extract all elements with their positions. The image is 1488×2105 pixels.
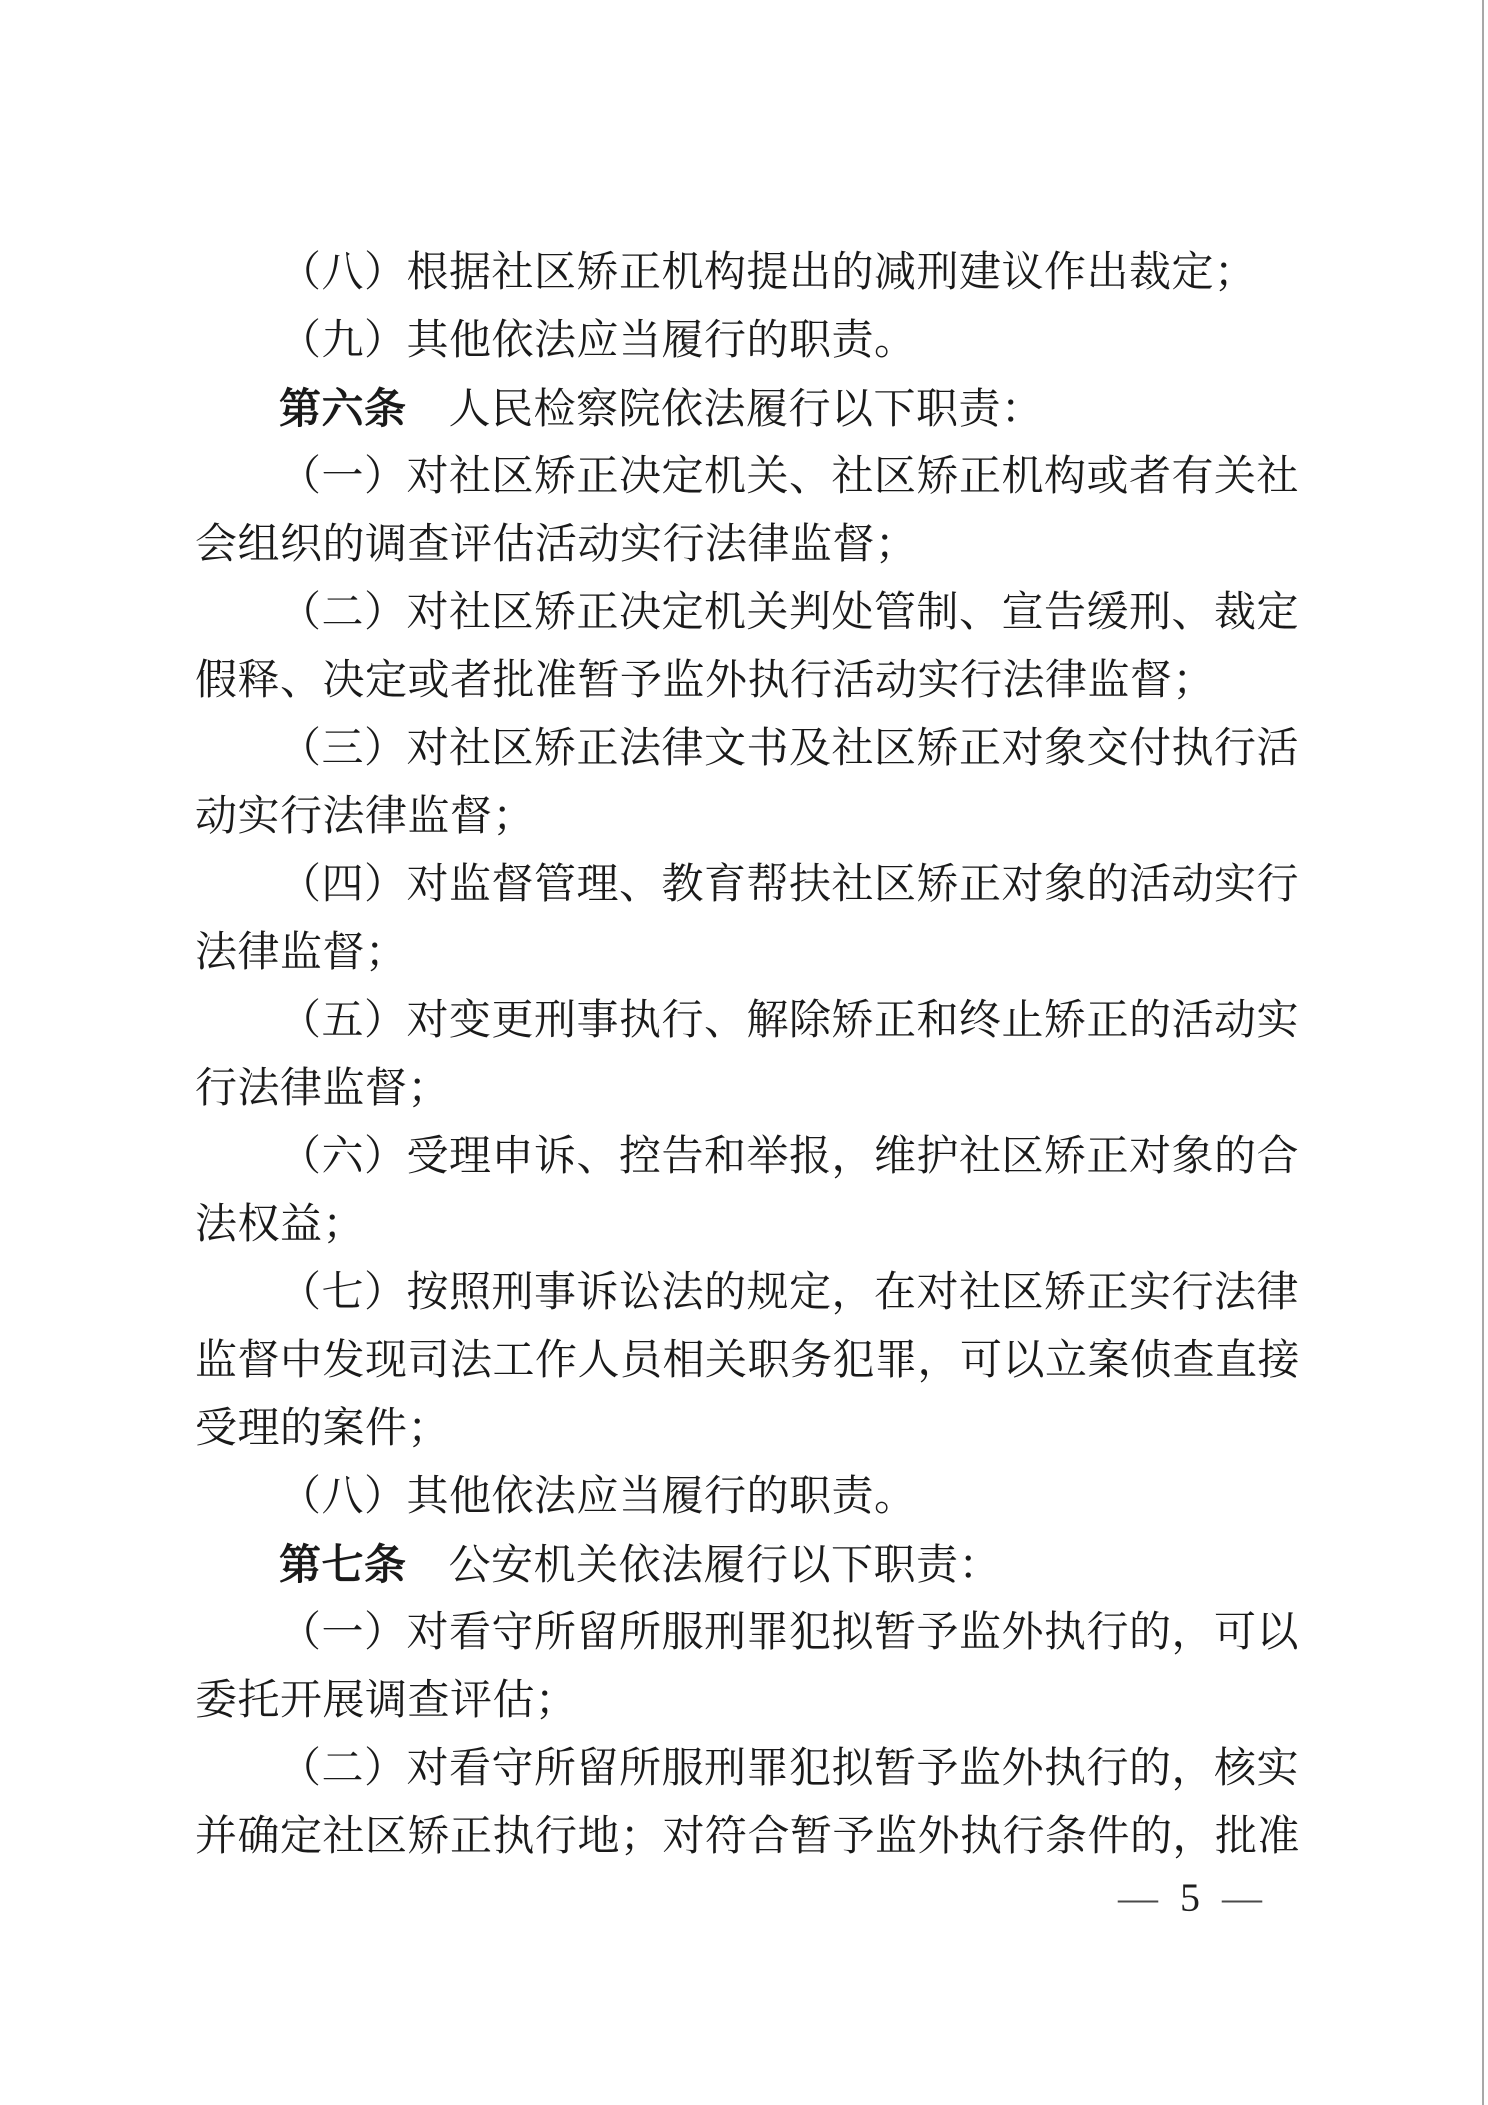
text-line: 动实行法律监督； bbox=[195, 783, 1295, 851]
text-line: 法律监督； bbox=[195, 919, 1295, 987]
line-text: （二）对社区矫正决定机关判处管制、宣告缓刑、裁定 bbox=[279, 590, 1299, 636]
text-line: 行法律监督； bbox=[195, 1055, 1295, 1123]
line-text: （八）其他依法应当履行的职责。 bbox=[279, 1474, 917, 1520]
line-text: 假释、决定或者批准暂予监外执行活动实行法律监督； bbox=[195, 658, 1215, 704]
line-text: （五）对变更刑事执行、解除矫正和终止矫正的活动实 bbox=[279, 998, 1299, 1044]
line-text: （一）对看守所留所服刑罪犯拟暂予监外执行的，可以 bbox=[279, 1610, 1299, 1656]
text-line: （一）对社区矫正决定机关、社区矫正机构或者有关社 bbox=[195, 443, 1295, 511]
line-text: （二）对看守所留所服刑罪犯拟暂予监外执行的，核实 bbox=[279, 1746, 1299, 1792]
text-line: 受理的案件； bbox=[195, 1395, 1295, 1463]
line-text: 委托开展调查评估； bbox=[195, 1678, 578, 1724]
line-text: 会组织的调查评估活动实行法律监督； bbox=[195, 522, 918, 568]
line-text: 受理的案件； bbox=[195, 1406, 450, 1452]
text-line: （五）对变更刑事执行、解除矫正和终止矫正的活动实 bbox=[195, 987, 1295, 1055]
line-text: 行法律监督； bbox=[195, 1066, 450, 1112]
text-line: 监督中发现司法工作人员相关职务犯罪，可以立案侦查直接 bbox=[195, 1327, 1295, 1395]
line-text: 并确定社区矫正执行地；对符合暂予监外执行条件的，批准 bbox=[195, 1814, 1300, 1860]
text-line: （四）对监督管理、教育帮扶社区矫正对象的活动实行 bbox=[195, 851, 1295, 919]
text-line: 委托开展调查评估； bbox=[195, 1667, 1295, 1735]
line-text: （三）对社区矫正法律文书及社区矫正对象交付执行活 bbox=[279, 726, 1299, 772]
line-text: 动实行法律监督； bbox=[195, 794, 535, 840]
scan-edge-line bbox=[1482, 0, 1484, 2105]
text-line: 会组织的调查评估活动实行法律监督； bbox=[195, 511, 1295, 579]
text-line: 假释、决定或者批准暂予监外执行活动实行法律监督； bbox=[195, 647, 1295, 715]
text-line: 并确定社区矫正执行地；对符合暂予监外执行条件的，批准 bbox=[195, 1803, 1295, 1871]
text-line: （八）其他依法应当履行的职责。 bbox=[195, 1463, 1295, 1531]
page-number: — 5 — bbox=[1118, 1876, 1262, 1920]
text-line: （三）对社区矫正法律文书及社区矫正对象交付执行活 bbox=[195, 715, 1295, 783]
line-text: 公安机关依法履行以下职责： bbox=[449, 1543, 1002, 1589]
article-number-label: 第七条 bbox=[279, 1541, 407, 1588]
line-text: （四）对监督管理、教育帮扶社区矫正对象的活动实行 bbox=[279, 862, 1299, 908]
page-number-right-dash: — bbox=[1222, 1876, 1262, 1920]
line-text: （六）受理申诉、控告和举报，维护社区矫正对象的合 bbox=[279, 1134, 1299, 1180]
line-text: 监督中发现司法工作人员相关职务犯罪，可以立案侦查直接 bbox=[195, 1338, 1300, 1384]
text-line: 第七条公安机关依法履行以下职责： bbox=[195, 1531, 1295, 1599]
page-number-value: 5 bbox=[1180, 1876, 1200, 1920]
text-line: （九）其他依法应当履行的职责。 bbox=[195, 307, 1295, 375]
line-text: 法权益； bbox=[195, 1202, 365, 1248]
text-line: 法权益； bbox=[195, 1191, 1295, 1259]
text-line: （一）对看守所留所服刑罪犯拟暂予监外执行的，可以 bbox=[195, 1599, 1295, 1667]
line-text: （八）根据社区矫正机构提出的减刑建议作出裁定； bbox=[279, 250, 1257, 296]
line-text: （九）其他依法应当履行的职责。 bbox=[279, 318, 917, 364]
document-page: （八）根据社区矫正机构提出的减刑建议作出裁定；（九）其他依法应当履行的职责。第六… bbox=[0, 0, 1488, 2105]
text-line: （二）对社区矫正决定机关判处管制、宣告缓刑、裁定 bbox=[195, 579, 1295, 647]
line-text: 法律监督； bbox=[195, 930, 408, 976]
text-line: （六）受理申诉、控告和举报，维护社区矫正对象的合 bbox=[195, 1123, 1295, 1191]
body-text: （八）根据社区矫正机构提出的减刑建议作出裁定；（九）其他依法应当履行的职责。第六… bbox=[195, 239, 1295, 1871]
line-text: （一）对社区矫正决定机关、社区矫正机构或者有关社 bbox=[279, 454, 1299, 500]
page-number-left-dash: — bbox=[1118, 1876, 1158, 1920]
text-line: （二）对看守所留所服刑罪犯拟暂予监外执行的，核实 bbox=[195, 1735, 1295, 1803]
line-text: 人民检察院依法履行以下职责： bbox=[449, 387, 1044, 433]
text-line: 第六条人民检察院依法履行以下职责： bbox=[195, 375, 1295, 443]
text-line: （八）根据社区矫正机构提出的减刑建议作出裁定； bbox=[195, 239, 1295, 307]
article-number-label: 第六条 bbox=[279, 385, 407, 432]
text-line: （七）按照刑事诉讼法的规定，在对社区矫正实行法律 bbox=[195, 1259, 1295, 1327]
line-text: （七）按照刑事诉讼法的规定，在对社区矫正实行法律 bbox=[279, 1270, 1299, 1316]
